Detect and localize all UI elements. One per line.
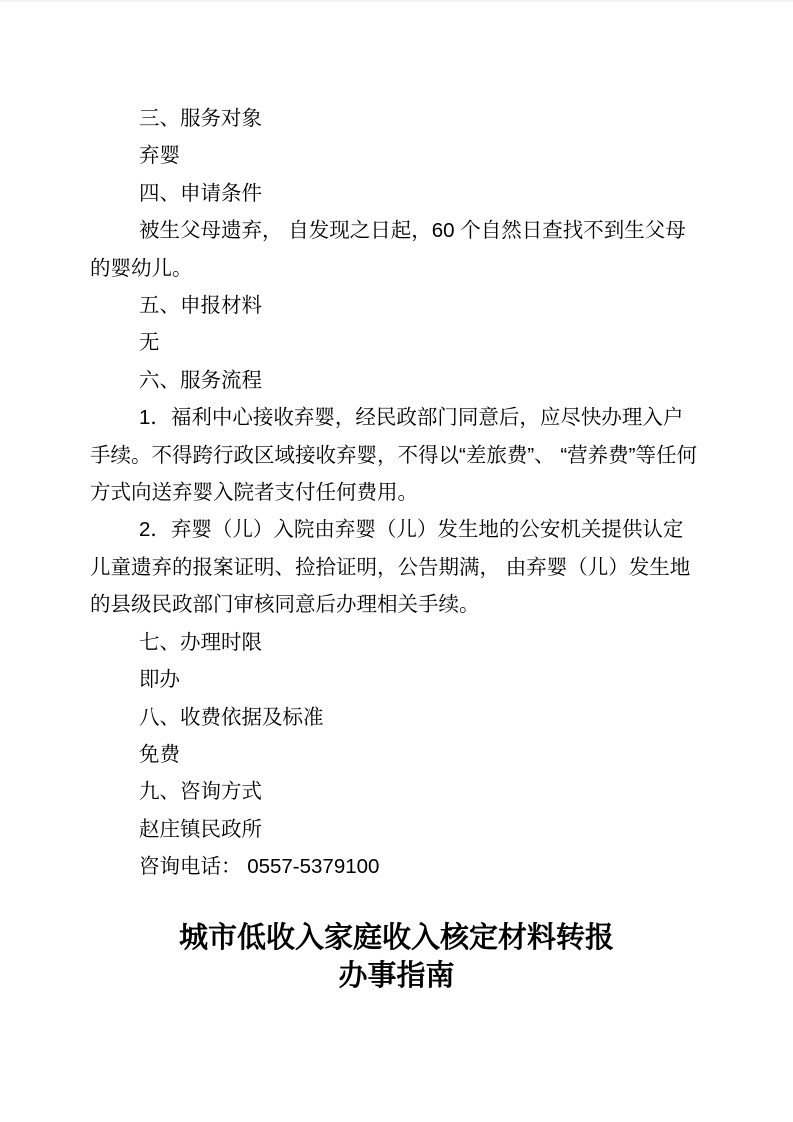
document-page: 三、服务对象弃婴四、申请条件被生父母遗弃， 自发现之日起，60 个自然日查找不到… xyxy=(0,0,793,1122)
paragraph: 被生父母遗弃， 自发现之日起，60 个自然日查找不到生父母的婴幼儿。 xyxy=(90,212,702,287)
paragraph: 弃婴 xyxy=(90,137,702,174)
paragraph: 六、服务流程 xyxy=(90,362,702,399)
paragraph: 赵庄镇民政所 xyxy=(90,811,702,848)
paragraph: 八、收费依据及标准 xyxy=(90,699,702,736)
paragraph: 即办 xyxy=(90,661,702,698)
paragraph: 2．弃婴（儿）入院由弃婴（儿）发生地的公安机关提供认定儿童遗弃的报案证明、捡拾证… xyxy=(90,511,702,623)
document-body: 三、服务对象弃婴四、申请条件被生父母遗弃， 自发现之日起，60 个自然日查找不到… xyxy=(0,2,793,886)
paragraph: 四、申请条件 xyxy=(90,175,702,212)
paragraph: 五、申报材料 xyxy=(90,287,702,324)
paragraph: 九、咨询方式 xyxy=(90,773,702,810)
paragraph: 七、办理时限 xyxy=(90,624,702,661)
paragraph: 咨询电话： 0557-5379100 xyxy=(90,848,702,885)
document-title-line2: 办事指南 xyxy=(0,957,793,996)
paragraph: 无 xyxy=(90,324,702,361)
paragraph: 免费 xyxy=(90,736,702,773)
document-title-line1: 城市低收入家庭收入核定材料转报 xyxy=(0,919,793,958)
paragraph: 三、服务对象 xyxy=(90,100,702,137)
document-title: 城市低收入家庭收入核定材料转报 办事指南 xyxy=(0,919,793,996)
paragraph: 1．福利中心接收弃婴，经民政部门同意后，应尽快办理入户手续。不得跨行政区域接收弃… xyxy=(90,399,702,511)
